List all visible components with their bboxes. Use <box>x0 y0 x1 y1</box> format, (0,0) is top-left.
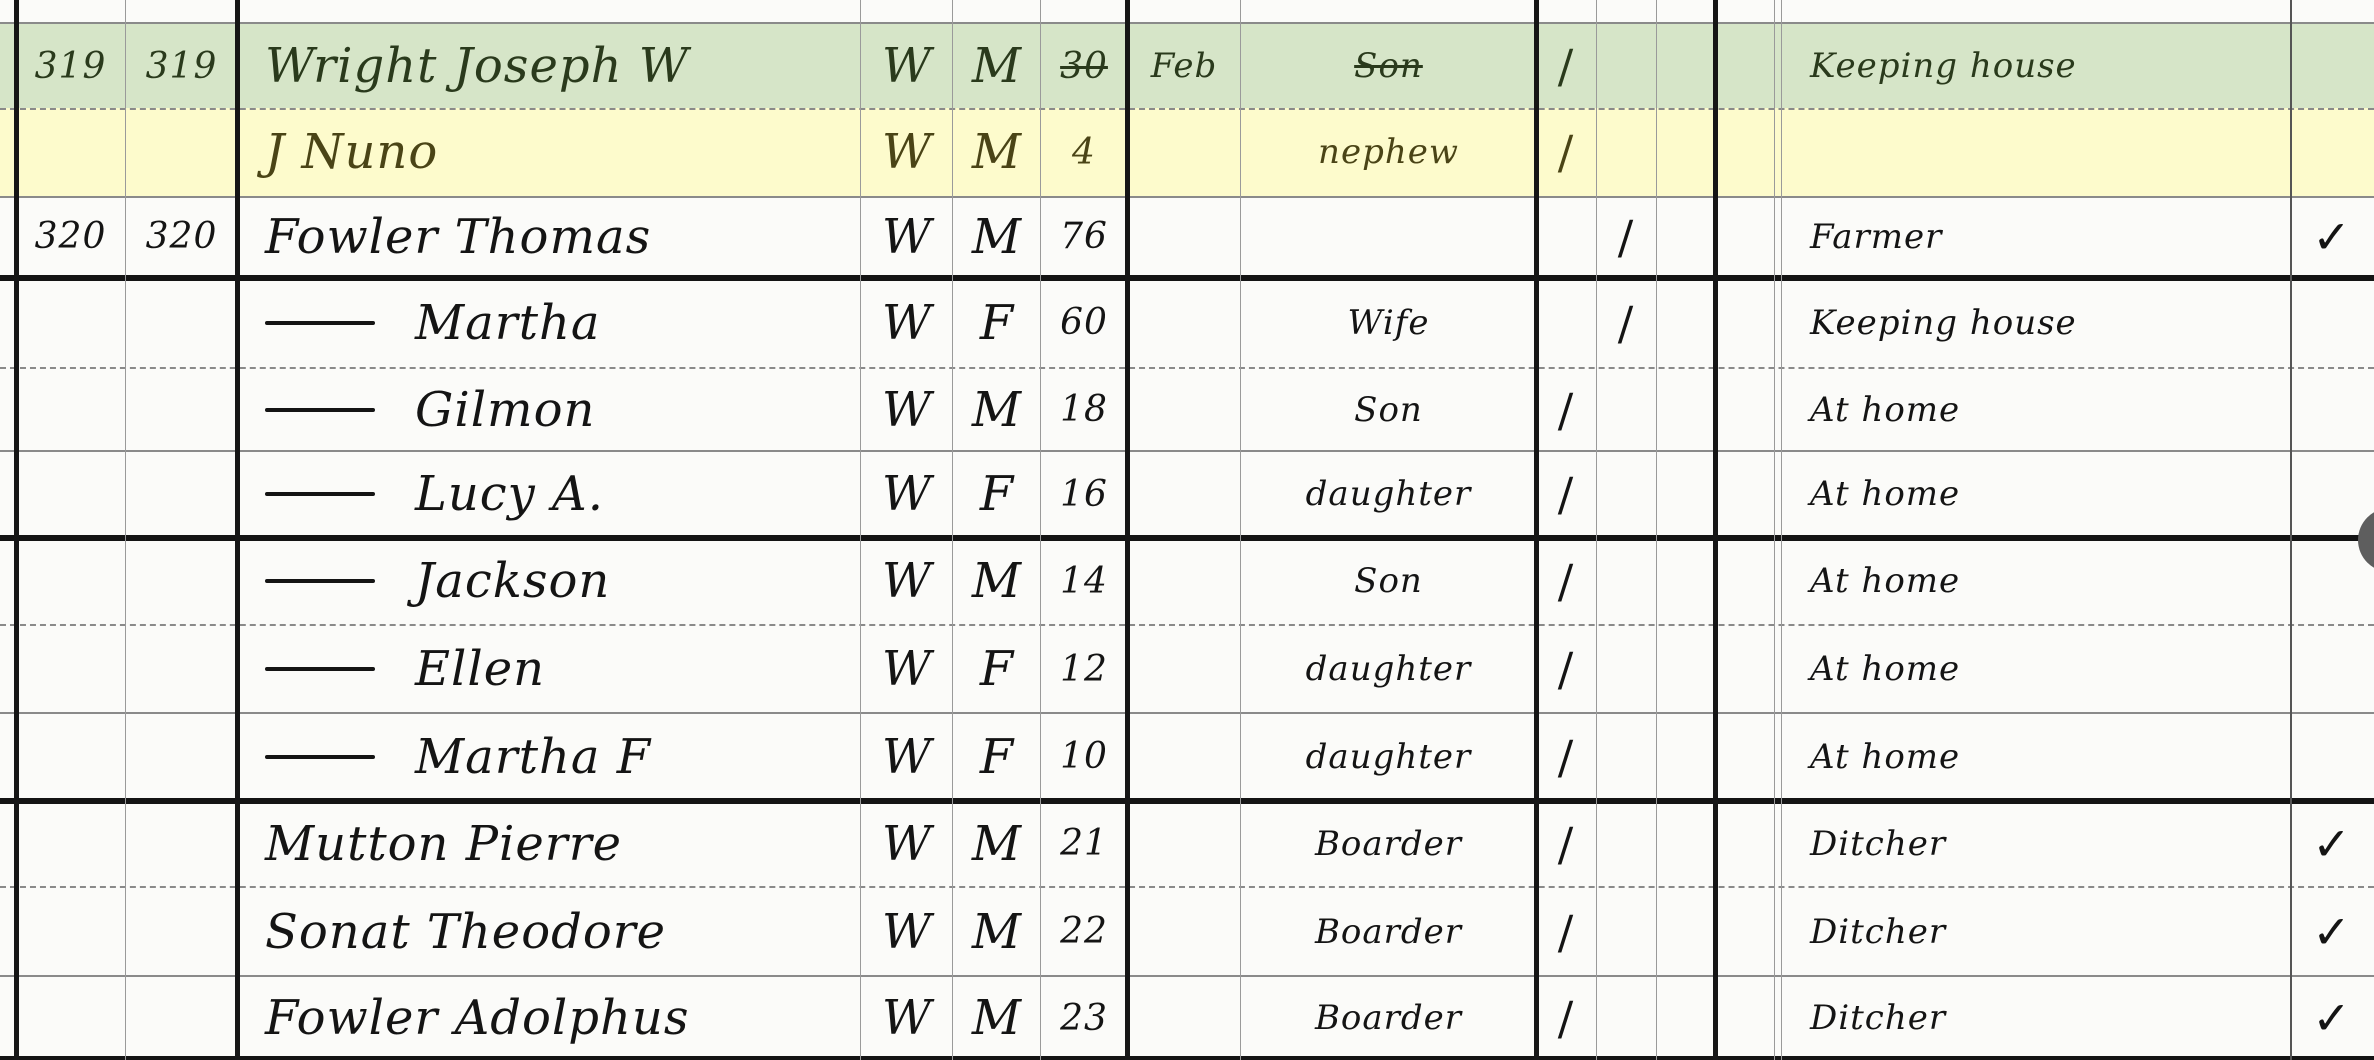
month-value <box>1127 713 1241 800</box>
color-value: W <box>861 976 953 1060</box>
single-mark: / <box>1536 713 1596 800</box>
single-mark: / <box>1536 976 1596 1060</box>
single-mark <box>1536 196 1596 277</box>
married-in-year-mark <box>1715 108 1774 196</box>
ditto-mark <box>265 755 375 759</box>
married-mark: / <box>1596 196 1656 277</box>
name-text: Martha F <box>415 729 651 785</box>
dwelling-number <box>15 537 126 625</box>
single-mark: / <box>1536 537 1596 625</box>
age-value: 21 <box>1041 800 1127 887</box>
color-value: W <box>861 196 953 277</box>
family-number <box>126 625 237 713</box>
checkmark-icon <box>2290 24 2374 108</box>
age-value: 60 <box>1041 277 1127 368</box>
name-text: Gilmon <box>415 382 595 438</box>
married-in-year-mark <box>1715 451 1774 537</box>
month-value: Feb <box>1127 24 1241 108</box>
checkmark-icon: ✓ <box>2290 800 2374 887</box>
table-row[interactable]: Martha W F 60 Wife / Keeping house <box>0 277 2374 368</box>
name-text: Martha <box>415 295 601 351</box>
family-number <box>126 537 237 625</box>
dwelling-number <box>15 713 126 800</box>
single-mark <box>1536 277 1596 368</box>
age-value: 10 <box>1041 713 1127 800</box>
relationship-value: Son <box>1241 537 1536 625</box>
widowed-mark <box>1656 108 1715 196</box>
person-name: Jackson <box>237 537 861 625</box>
relationship-value: Son <box>1241 368 1536 451</box>
widowed-mark <box>1656 976 1715 1060</box>
dwelling-number <box>15 108 126 196</box>
widowed-mark <box>1656 713 1715 800</box>
month-value <box>1127 451 1241 537</box>
name-text: Wright Joseph W <box>265 38 689 94</box>
color-value: W <box>861 24 953 108</box>
table-row[interactable]: 319 319 Wright Joseph W W M 30 Feb Son /… <box>0 24 2374 108</box>
month-value <box>1127 976 1241 1060</box>
single-mark: / <box>1536 108 1596 196</box>
age-value: 22 <box>1041 887 1127 976</box>
occupation-value: Farmer <box>1782 196 2290 277</box>
month-value <box>1127 108 1241 196</box>
relationship-value: daughter <box>1241 713 1536 800</box>
table-row[interactable]: 320 320 Fowler Thomas W M 76 / Farmer ✓ <box>0 196 2374 277</box>
widowed-mark <box>1656 537 1715 625</box>
table-row[interactable]: Lucy A. W F 16 daughter / At home <box>0 451 2374 537</box>
dwelling-number <box>15 887 126 976</box>
name-text: Fowler Thomas <box>265 209 651 265</box>
name-text: Sonat Theodore <box>265 904 666 960</box>
married-mark <box>1596 976 1656 1060</box>
family-number <box>126 277 237 368</box>
sex-value: M <box>953 887 1041 976</box>
table-row[interactable]: Mutton Pierre W M 21 Boarder / Ditcher ✓ <box>0 800 2374 887</box>
relationship-value: daughter <box>1241 451 1536 537</box>
person-name: Fowler Adolphus <box>237 976 861 1060</box>
occupation-value: At home <box>1782 625 2290 713</box>
married-mark <box>1596 24 1656 108</box>
month-value <box>1127 887 1241 976</box>
dwelling-number <box>15 625 126 713</box>
married-mark <box>1596 625 1656 713</box>
color-value: W <box>861 277 953 368</box>
person-name: Sonat Theodore <box>237 887 861 976</box>
name-text: J Nuno <box>265 124 438 180</box>
color-value: W <box>861 451 953 537</box>
checkmark-icon: ✓ <box>2290 196 2374 277</box>
married-in-year-mark <box>1715 196 1774 277</box>
age-value: 23 <box>1041 976 1127 1060</box>
name-text: Mutton Pierre <box>265 816 622 872</box>
table-row[interactable]: Sonat Theodore W M 22 Boarder / Ditcher … <box>0 887 2374 976</box>
name-text: Lucy A. <box>415 466 604 522</box>
widowed-mark <box>1656 451 1715 537</box>
occupation-value: Ditcher <box>1782 800 2290 887</box>
married-mark <box>1596 537 1656 625</box>
month-value <box>1127 368 1241 451</box>
widowed-mark <box>1656 887 1715 976</box>
checkmark-icon <box>2290 713 2374 800</box>
ditto-mark <box>265 408 375 412</box>
age-value: 14 <box>1041 537 1127 625</box>
person-name: Ellen <box>237 625 861 713</box>
sex-value: M <box>953 800 1041 887</box>
married-in-year-mark <box>1715 368 1774 451</box>
color-value: W <box>861 625 953 713</box>
person-name: Lucy A. <box>237 451 861 537</box>
dwelling-number: 320 <box>15 196 126 277</box>
family-number <box>126 976 237 1060</box>
occupation-value: Ditcher <box>1782 976 2290 1060</box>
single-mark: / <box>1536 887 1596 976</box>
sex-value: M <box>953 537 1041 625</box>
dwelling-number <box>15 368 126 451</box>
relationship-value: Boarder <box>1241 800 1536 887</box>
name-text: Jackson <box>415 553 610 609</box>
widowed-mark <box>1656 196 1715 277</box>
ditto-mark <box>265 321 375 325</box>
occupation-value: At home <box>1782 368 2290 451</box>
widowed-mark <box>1656 625 1715 713</box>
person-name: Martha <box>237 277 861 368</box>
relationship-value <box>1241 196 1536 277</box>
occupation-value: At home <box>1782 713 2290 800</box>
age-value: 16 <box>1041 451 1127 537</box>
married-in-year-mark <box>1715 800 1774 887</box>
checkmark-icon <box>2290 277 2374 368</box>
occupation-value: Ditcher <box>1782 887 2290 976</box>
family-number <box>126 368 237 451</box>
color-value: W <box>861 800 953 887</box>
single-mark: / <box>1536 625 1596 713</box>
dwelling-number <box>15 800 126 887</box>
month-value <box>1127 196 1241 277</box>
sex-value: F <box>953 713 1041 800</box>
married-in-year-mark <box>1715 277 1774 368</box>
checkmark-icon: ✓ <box>2290 976 2374 1060</box>
sex-value: M <box>953 196 1041 277</box>
relationship-value: daughter <box>1241 625 1536 713</box>
married-in-year-mark <box>1715 887 1774 976</box>
table-row[interactable]: Martha F W F 10 daughter / At home <box>0 713 2374 800</box>
color-value: W <box>861 713 953 800</box>
single-mark: / <box>1536 451 1596 537</box>
married-in-year-mark <box>1715 976 1774 1060</box>
occupation-value: Keeping house <box>1782 24 2290 108</box>
person-name: Mutton Pierre <box>237 800 861 887</box>
ditto-mark <box>265 579 375 583</box>
ditto-mark <box>265 492 375 496</box>
family-number: 319 <box>126 24 237 108</box>
married-mark <box>1596 368 1656 451</box>
checkmark-icon: ✓ <box>2290 887 2374 976</box>
age-value: 30 <box>1041 24 1127 108</box>
census-sheet: 319 319 Wright Joseph W W M 30 Feb Son /… <box>0 0 2374 1060</box>
age-value: 18 <box>1041 368 1127 451</box>
married-mark <box>1596 108 1656 196</box>
color-value: W <box>861 537 953 625</box>
table-row[interactable]: Jackson W M 14 Son / At home <box>0 537 2374 625</box>
family-number <box>126 451 237 537</box>
month-value <box>1127 537 1241 625</box>
relationship-value: Boarder <box>1241 887 1536 976</box>
table-row[interactable]: Gilmon W M 18 Son / At home <box>0 368 2374 451</box>
age-value: 4 <box>1041 108 1127 196</box>
relationship-value: nephew <box>1241 108 1536 196</box>
married-mark: / <box>1596 277 1656 368</box>
sex-value: F <box>953 451 1041 537</box>
family-number <box>126 887 237 976</box>
sex-value: F <box>953 277 1041 368</box>
ditto-mark <box>265 667 375 671</box>
widowed-mark <box>1656 368 1715 451</box>
age-value: 12 <box>1041 625 1127 713</box>
occupation-value: Keeping house <box>1782 277 2290 368</box>
checkmark-icon <box>2290 368 2374 451</box>
checkmark-icon <box>2290 625 2374 713</box>
family-number <box>126 800 237 887</box>
month-value <box>1127 800 1241 887</box>
sex-value: M <box>953 976 1041 1060</box>
person-name: Fowler Thomas <box>237 196 861 277</box>
married-in-year-mark <box>1715 24 1774 108</box>
sex-value: M <box>953 108 1041 196</box>
age-value: 76 <box>1041 196 1127 277</box>
widowed-mark <box>1656 800 1715 887</box>
dwelling-number <box>15 277 126 368</box>
married-mark <box>1596 713 1656 800</box>
married-mark <box>1596 451 1656 537</box>
person-name: Wright Joseph W <box>237 24 861 108</box>
occupation-value: At home <box>1782 451 2290 537</box>
occupation-value <box>1782 108 2290 196</box>
family-number <box>126 108 237 196</box>
month-value <box>1127 625 1241 713</box>
color-value: W <box>861 108 953 196</box>
person-name: J Nuno <box>237 108 861 196</box>
sex-value: F <box>953 625 1041 713</box>
relationship-value: Son <box>1241 24 1536 108</box>
relationship-value: Boarder <box>1241 976 1536 1060</box>
relationship-value: Wife <box>1241 277 1536 368</box>
single-mark: / <box>1536 368 1596 451</box>
married-in-year-mark <box>1715 625 1774 713</box>
sex-value: M <box>953 24 1041 108</box>
dwelling-number <box>15 451 126 537</box>
widowed-mark <box>1656 277 1715 368</box>
married-in-year-mark <box>1715 537 1774 625</box>
person-name: Gilmon <box>237 368 861 451</box>
sex-value: M <box>953 368 1041 451</box>
checkmark-icon <box>2290 108 2374 196</box>
family-number: 320 <box>126 196 237 277</box>
single-mark: / <box>1536 24 1596 108</box>
table-row[interactable]: J Nuno W M 4 nephew / <box>0 108 2374 196</box>
name-text: Fowler Adolphus <box>265 990 689 1046</box>
color-value: W <box>861 887 953 976</box>
married-in-year-mark <box>1715 713 1774 800</box>
dwelling-number: 319 <box>15 24 126 108</box>
occupation-value: At home <box>1782 537 2290 625</box>
family-number <box>126 713 237 800</box>
color-value: W <box>861 368 953 451</box>
table-row[interactable]: Ellen W F 12 daughter / At home <box>0 625 2374 713</box>
month-value <box>1127 277 1241 368</box>
married-mark <box>1596 887 1656 976</box>
single-mark: / <box>1536 800 1596 887</box>
table-row[interactable]: Fowler Adolphus W M 23 Boarder / Ditcher… <box>0 976 2374 1060</box>
married-mark <box>1596 800 1656 887</box>
widowed-mark <box>1656 24 1715 108</box>
person-name: Martha F <box>237 713 861 800</box>
name-text: Ellen <box>415 641 545 697</box>
dwelling-number <box>15 976 126 1060</box>
